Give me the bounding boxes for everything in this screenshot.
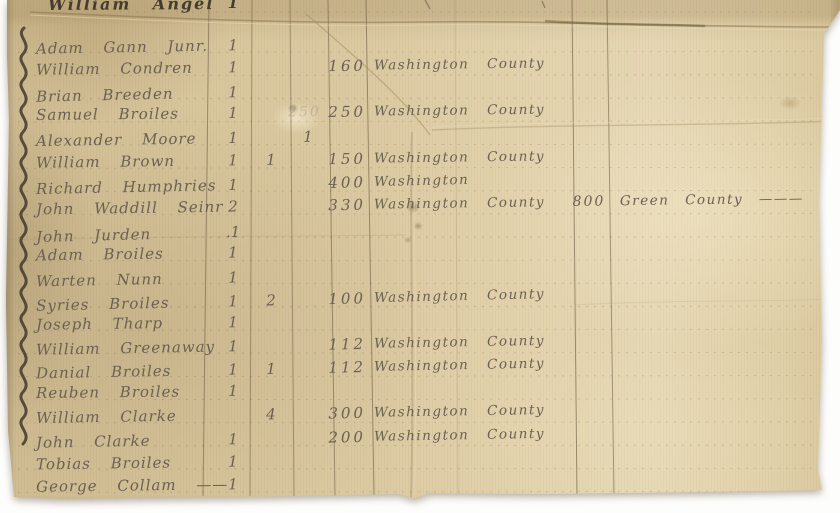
person-name: George Collam ——	[36, 473, 216, 498]
poll-count-col-2: 1	[258, 358, 284, 381]
person-name: Alexander Moore	[36, 127, 216, 153]
poll-count-col-1: 1	[220, 473, 246, 496]
extra-acreage	[572, 166, 606, 167]
acreage-value: 330	[322, 194, 366, 218]
poll-count-col-1: 1	[220, 102, 246, 125]
poll-count-col-2: 1	[258, 148, 284, 171]
poll-count-col-2: 2	[258, 289, 285, 313]
acreage-value	[322, 472, 366, 473]
ledger-row: William Angel 1	[0, 0, 840, 16]
acreage-value	[322, 124, 366, 125]
person-name: John Waddill Seinr	[36, 196, 216, 222]
acreage-value	[322, 79, 366, 80]
person-name: Samuel Broiles	[36, 103, 216, 128]
county-name: Washington County	[374, 399, 545, 425]
acreage-value: 112	[322, 333, 366, 357]
person-name: Warten Nunn	[36, 266, 216, 292]
person-name: Reuben Broiles	[36, 380, 216, 405]
person-name: William Angel	[48, 0, 228, 16]
erased-ghost-value	[288, 241, 328, 242]
extra-acreage	[572, 398, 606, 399]
acreage-value	[322, 309, 366, 310]
extra-acreage	[572, 28, 606, 29]
erased-ghost-value	[288, 449, 328, 450]
poll-count-col-1: 1	[220, 450, 246, 473]
acreage-value	[322, 264, 366, 265]
poll-count-col-3	[295, 219, 321, 220]
extra-acreage	[572, 259, 606, 260]
person-name: William Clarke	[36, 405, 216, 431]
poll-count-col-2	[258, 80, 284, 81]
poll-count-col-1: 1	[220, 149, 246, 172]
poll-count-col-1: 1	[220, 0, 246, 15]
poll-count-col-1: 1	[220, 266, 246, 289]
extra-acreage	[572, 421, 606, 422]
person-name: William Condren	[36, 57, 216, 82]
erased-ghost-value	[288, 219, 328, 220]
acreage-value: 160	[322, 55, 366, 79]
extra-acreage	[572, 121, 606, 122]
person-name: Tobias Broiles	[36, 451, 216, 477]
poll-count-col-1: 1	[220, 358, 246, 381]
acreage-value: 400	[322, 171, 366, 195]
extra-acreage	[572, 211, 606, 212]
erased-ghost-value	[288, 264, 328, 265]
poll-count-col-1: 1	[220, 34, 246, 57]
poll-count-col-1: 2	[220, 195, 246, 218]
county-name: Washington	[374, 169, 470, 194]
acreage-value: 250	[322, 101, 366, 124]
extra-acreage	[572, 352, 606, 353]
poll-count-col-1: 1	[220, 174, 246, 198]
acreage-value	[322, 32, 366, 33]
county-name: Washington County	[374, 422, 545, 448]
county-name: Washington County	[374, 330, 545, 356]
acreage-value	[322, 448, 366, 449]
ledger-paper: William Angel 1 Adam Gann Junr. 1 Willia…	[0, 0, 840, 513]
poll-count-col-2	[258, 173, 284, 174]
acreage-value: 112	[322, 356, 366, 380]
county-name: Washington County	[374, 99, 545, 124]
scanned-ledger-screenshot: William Angel 1 Adam Gann Junr. 1 Willia…	[0, 0, 840, 513]
poll-count-col-3	[295, 288, 321, 289]
acreage-value: 200	[322, 425, 366, 449]
poll-count-col-1: 1	[220, 428, 246, 451]
poll-count-col-1: 1	[220, 290, 247, 314]
person-name: William Greenaway	[36, 335, 216, 361]
poll-count-col-2: 4	[258, 404, 284, 427]
erased-ghost-value	[288, 79, 328, 80]
poll-count-col-3	[295, 80, 321, 81]
county-name: Washington County	[374, 353, 545, 379]
acreage-value	[322, 218, 366, 219]
poll-count-col-1: 1	[220, 242, 246, 265]
person-name: Joseph Tharp	[36, 311, 216, 336]
poll-count-col-1: 1	[220, 311, 246, 334]
ledger-rows: William Angel 1 Adam Gann Junr. 1 Willia…	[0, 0, 840, 513]
acreage-value: 150	[322, 147, 366, 171]
acreage-value	[322, 240, 366, 241]
erased-ghost-value	[288, 33, 328, 34]
extra-acreage	[572, 281, 606, 282]
person-name: Adam Broiles	[36, 242, 216, 268]
paper-wrapper: William Angel 1 Adam Gann Junr. 1 Willia…	[0, 0, 840, 513]
extra-acreage	[572, 73, 606, 74]
poll-count-col-1: 1	[220, 56, 246, 79]
poll-count-col-3: 1	[295, 125, 321, 148]
person-name: William Brown	[36, 149, 216, 174]
extra-acreage	[572, 329, 606, 330]
acreage-value: 300	[322, 402, 366, 426]
county-name: Washington County	[374, 283, 545, 310]
poll-count-col-3	[295, 172, 321, 173]
poll-count-col-1: 1	[220, 380, 246, 403]
county-name: Washington County	[374, 145, 545, 170]
poll-count-col-1: 1	[220, 126, 246, 149]
poll-count-col-2	[258, 220, 284, 221]
acreage-value: 100	[322, 287, 367, 311]
poll-count-col-1: 1	[220, 335, 246, 358]
